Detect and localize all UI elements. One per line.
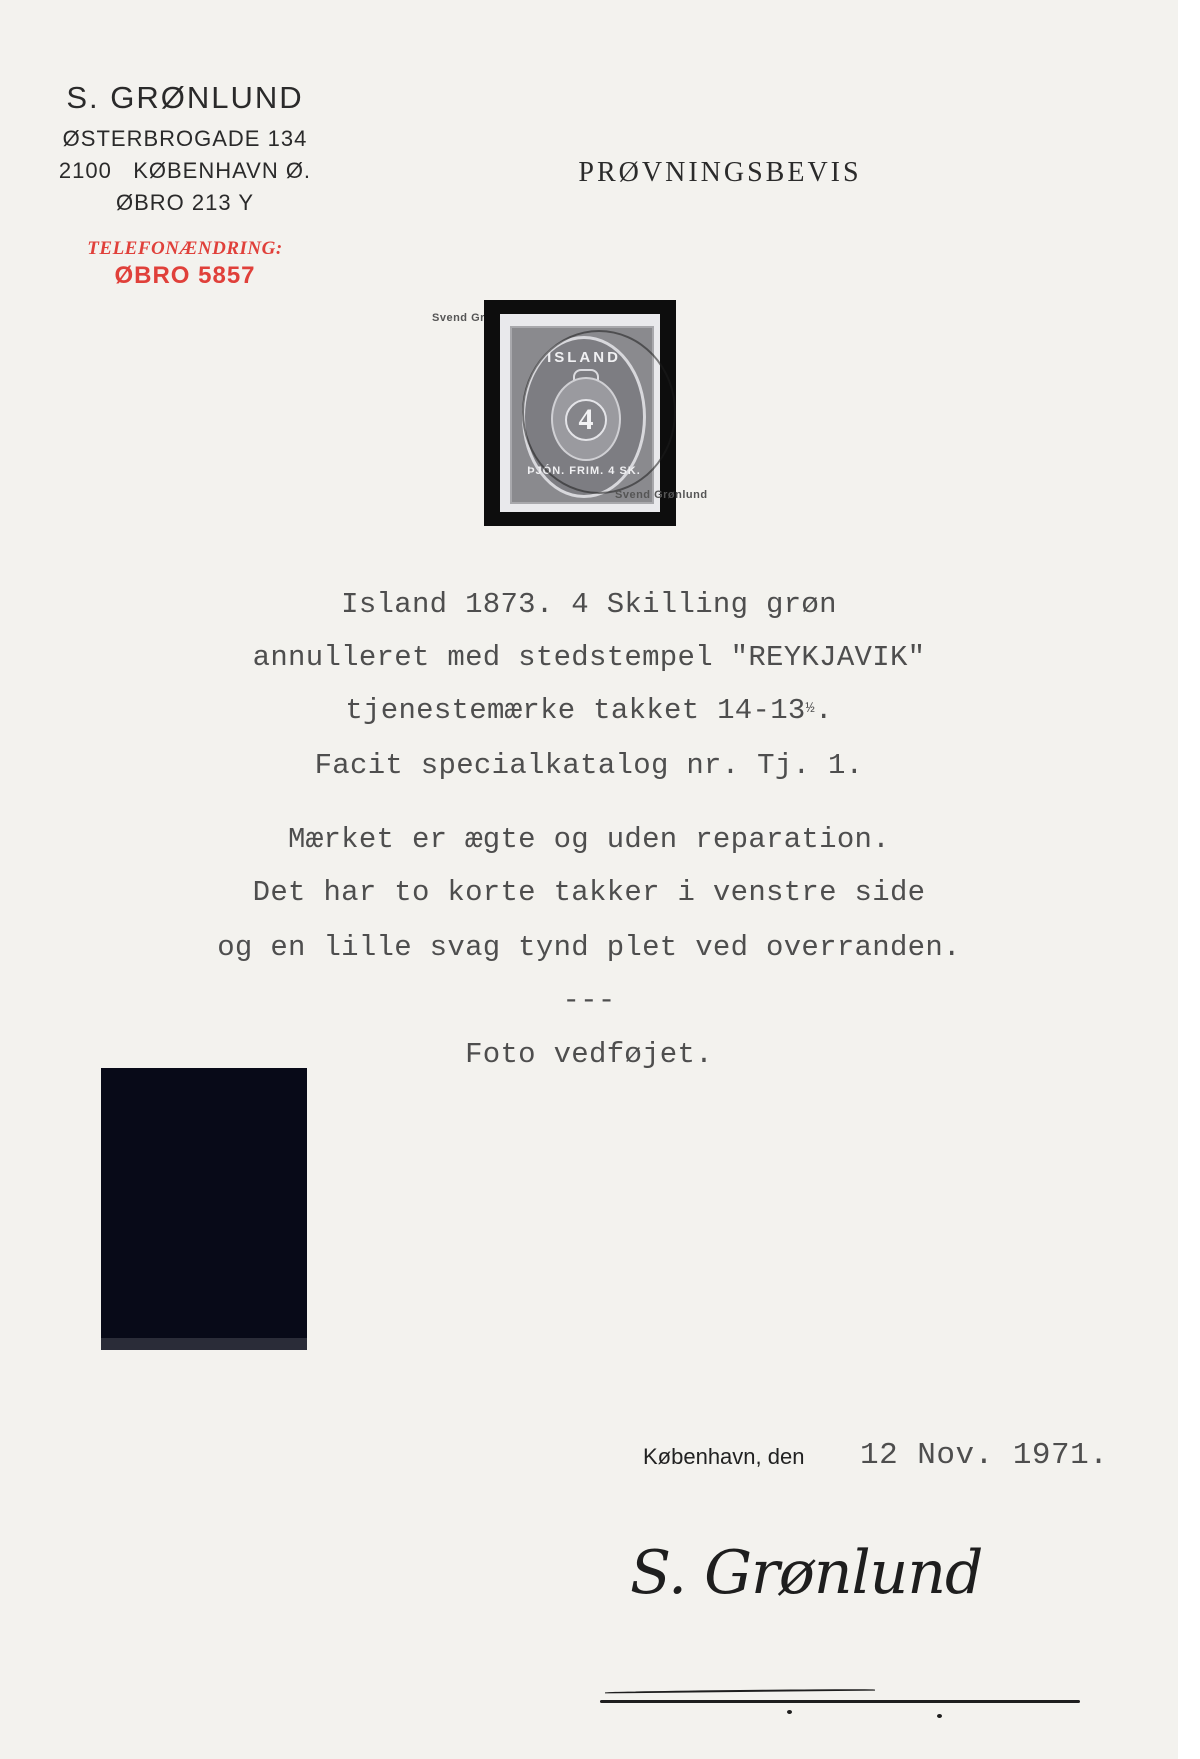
signature-flourish — [605, 1689, 875, 1694]
description-line: annulleret med stedstempel "REYKJAVIK" — [0, 641, 1178, 674]
photo-edge-strip — [101, 1338, 307, 1350]
line-end-period: . — [815, 694, 833, 727]
watermark-bottom: Svend Grønlund — [615, 489, 708, 501]
signature-dot — [937, 1714, 942, 1718]
photo-placeholder — [101, 1068, 307, 1350]
description-line: Island 1873. 4 Skilling grøn — [0, 588, 1178, 621]
letterhead-phone: ØBRO 213 Y — [30, 190, 340, 216]
phone-change-label: TELEFONÆNDRING: — [30, 238, 340, 260]
letterhead-name: S. GRØNLUND — [30, 80, 340, 116]
description-line: tjenestemærke takket 14-13½. — [0, 694, 1178, 727]
letterhead-address-city: 2100 KØBENHAVN Ø. — [30, 158, 340, 184]
perforation-fraction: ½ — [806, 700, 815, 717]
assessment-line: Det har to korte takker i venstre side — [0, 876, 1178, 909]
phone-change-number: ØBRO 5857 — [30, 262, 340, 290]
attachment-note: Foto vedføjet. — [0, 1038, 1178, 1071]
separator: --- — [0, 984, 1178, 1017]
letterhead-address-street: ØSTERBROGADE 134 — [30, 126, 340, 152]
assessment-line: og en lille svag tynd plet ved overrande… — [0, 931, 1178, 964]
issue-date: 12 Nov. 1971. — [860, 1438, 1108, 1473]
signature: S. Grønlund — [630, 1538, 982, 1608]
signature-dot — [787, 1710, 792, 1714]
paper-edge — [1178, 0, 1200, 1759]
description-line: Facit specialkatalog nr. Tj. 1. — [0, 749, 1178, 782]
postmark-icon — [522, 330, 676, 494]
assessment-line: Mærket er ægte og uden reparation. — [0, 823, 1178, 856]
signature-underline — [600, 1700, 1080, 1703]
place-label: København, den — [643, 1444, 804, 1470]
document-title: PRØVNINGSBEVIS — [520, 157, 920, 189]
description-text: tjenestemærke takket 14-13 — [345, 694, 805, 727]
